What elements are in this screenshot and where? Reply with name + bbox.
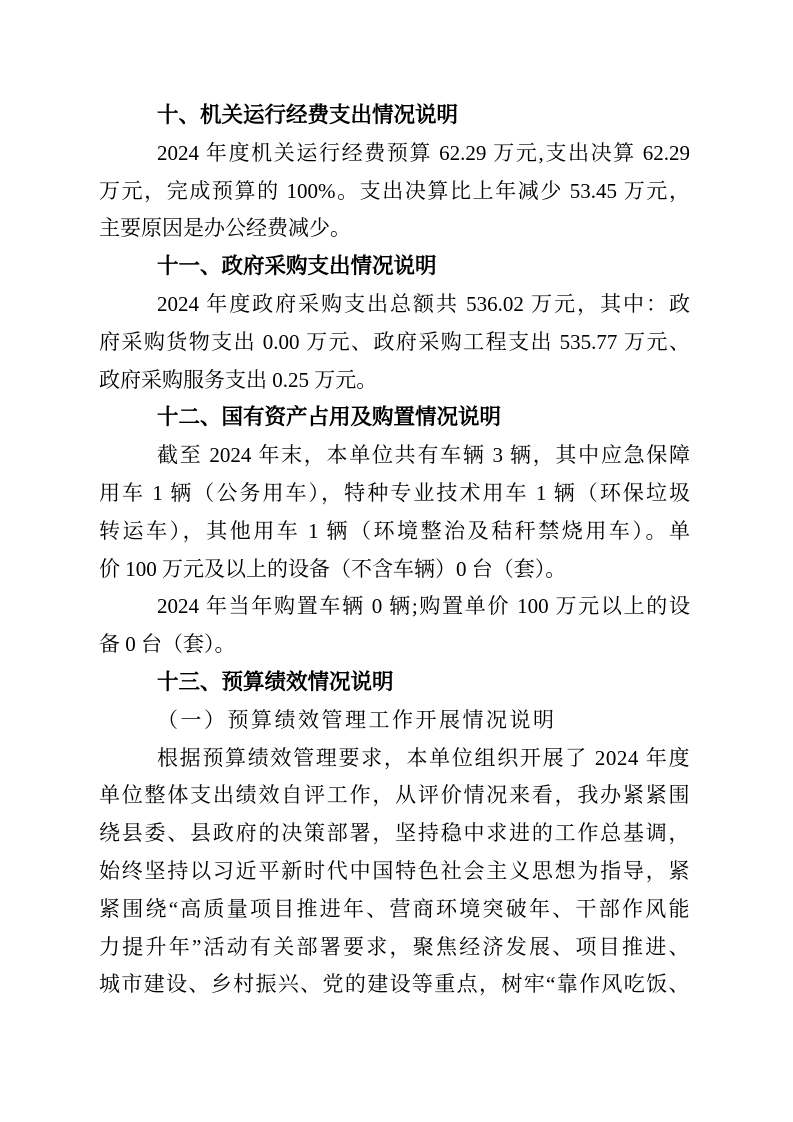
text-line: 价 100 万元及以上的设备（不含车辆）0 台（套）。 <box>99 551 690 589</box>
text-line: 紧围绕“高质量项目推进年、营商环境突破年、干部作风能 <box>99 891 690 929</box>
text-line: 始终坚持以习近平新时代中国特色社会主义思想为指导，紧 <box>99 853 690 891</box>
text-line: 2024 年度机关运行经费预算 62.29 万元,支出决算 62.29 <box>99 135 690 173</box>
text-line: 万元，完成预算的 100%。支出决算比上年减少 53.45 万元， <box>99 173 690 211</box>
text-line: 府采购货物支出 0.00 万元、政府采购工程支出 535.77 万元、 <box>99 324 690 362</box>
sub-section-heading: （一）预算绩效管理工作开展情况说明 <box>99 702 690 740</box>
text-line: 城市建设、乡村振兴、党的建设等重点，树牢“靠作风吃饭、 <box>99 966 690 1004</box>
text-line: 转运车），其他用车 1 辆（环境整治及秸秆禁烧用车）。单 <box>99 513 690 551</box>
section-heading: 十、机关运行经费支出情况说明 <box>99 97 690 135</box>
text-line: 备 0 台（套）。 <box>99 626 690 664</box>
section-heading: 十二、国有资产占用及购置情况说明 <box>99 399 690 437</box>
text-line: 用车 1 辆（公务用车），特种专业技术用车 1 辆（环保垃圾 <box>99 475 690 513</box>
section-heading: 十一、政府采购支出情况说明 <box>99 248 690 286</box>
section-heading: 十三、预算绩效情况说明 <box>99 664 690 702</box>
text-line: 2024 年度政府采购支出总额共 536.02 万元，其中：政 <box>99 286 690 324</box>
text-line: 截至 2024 年末，本单位共有车辆 3 辆，其中应急保障 <box>99 437 690 475</box>
text-line: 主要原因是办公经费减少。 <box>99 210 690 248</box>
document-content: 十、机关运行经费支出情况说明2024 年度机关运行经费预算 62.29 万元,支… <box>99 97 690 1004</box>
text-line: 政府采购服务支出 0.25 万元。 <box>99 362 690 400</box>
text-line: 力提升年”活动有关部署要求，聚焦经济发展、项目推进、 <box>99 929 690 967</box>
text-line: 2024 年当年购置车辆 0 辆;购置单价 100 万元以上的设 <box>99 588 690 626</box>
text-line: 根据预算绩效管理要求，本单位组织开展了 2024 年度 <box>99 740 690 778</box>
text-line: 绕县委、县政府的决策部署，坚持稳中求进的工作总基调， <box>99 815 690 853</box>
text-line: 单位整体支出绩效自评工作，从评价情况来看，我办紧紧围 <box>99 777 690 815</box>
document-page: 十、机关运行经费支出情况说明2024 年度机关运行经费预算 62.29 万元,支… <box>0 0 793 1122</box>
